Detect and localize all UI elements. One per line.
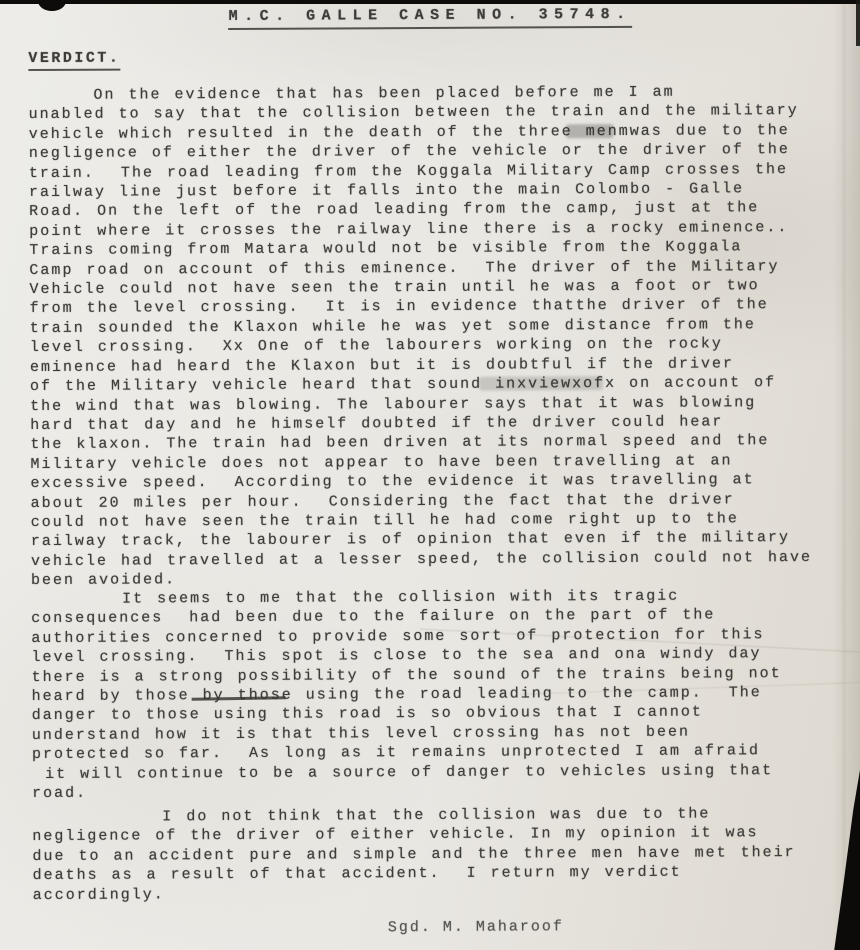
verdict-heading-text: VERDICT.	[28, 50, 120, 71]
signature-line: Sgd. M. Maharoof	[388, 918, 564, 936]
paragraph-evidence: On the evidence that has been placed bef…	[28, 82, 812, 591]
case-title-text: M.C. GALLE CASE NO. 35748.	[229, 6, 632, 30]
scan-edge-top	[0, 0, 860, 4]
scan-edge-top-right	[856, 0, 860, 46]
paragraph-conclusion: I do not think that the collision was du…	[32, 804, 796, 905]
overstrike-smudge-inview	[479, 376, 603, 391]
typewritten-content: M.C. GALLE CASE NO. 35748. VERDICT. On t…	[0, 0, 860, 950]
paragraph-opinion: It seems to me that the collision with i…	[31, 586, 782, 803]
overstrike-smudge-men	[566, 124, 614, 138]
case-title: M.C. GALLE CASE NO. 35748.	[0, 5, 860, 27]
scanned-document-page: M.C. GALLE CASE NO. 35748. VERDICT. On t…	[0, 0, 860, 950]
verdict-heading: VERDICT.	[28, 50, 120, 67]
